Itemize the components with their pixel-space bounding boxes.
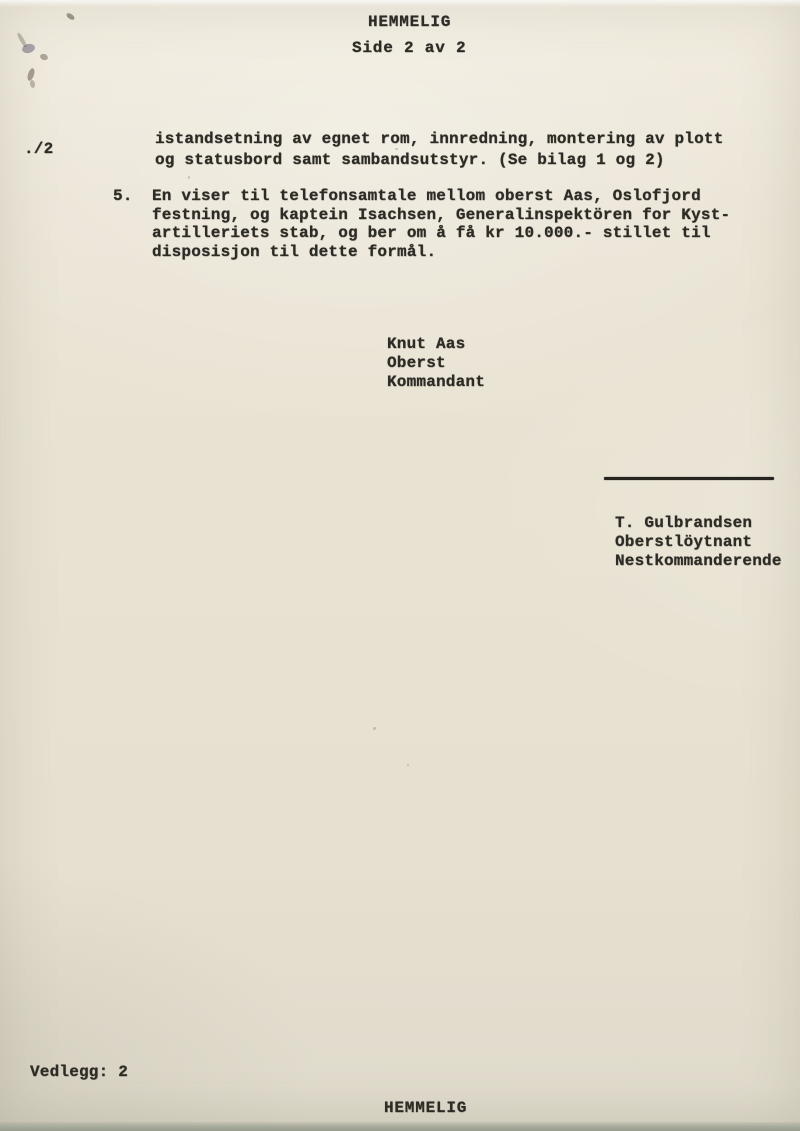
signer-name: Knut Aas [387, 335, 465, 354]
item-number: 5. [113, 187, 133, 206]
paper-bottom-edge [0, 1122, 800, 1131]
page-indicator: Side 2 av 2 [352, 39, 466, 58]
signer-title: Nestkommanderende [615, 552, 782, 571]
classification-footer: HEMMELIG [384, 1099, 467, 1118]
stain-mark [65, 12, 75, 21]
attachment-count-note: Vedlegg: 2 [30, 1063, 128, 1082]
signer-rank: Oberstlöytnant [615, 533, 752, 552]
signer-name: T. Gulbrandsen [615, 514, 752, 533]
paper-speck [407, 764, 409, 766]
margin-attachment-note: ./2 [24, 140, 53, 159]
signer-rank: Oberst [387, 354, 446, 373]
body-paragraph-continuation: istandsetning av egnet rom, innredning, … [155, 129, 755, 171]
body-paragraph-item5: En viser til telefonsamtale mellom obers… [152, 187, 762, 262]
paper-speck [188, 176, 190, 179]
paper-speck [373, 727, 376, 730]
signature-line [604, 477, 774, 480]
stain-mark [39, 53, 49, 61]
classification-header: HEMMELIG [368, 13, 451, 32]
stain-mark [29, 80, 35, 89]
signer-title: Kommandant [387, 373, 485, 392]
scanned-document-page: HEMMELIG Side 2 av 2 ./2 istandsetning a… [0, 0, 800, 1131]
paper-top-edge [0, 0, 800, 7]
